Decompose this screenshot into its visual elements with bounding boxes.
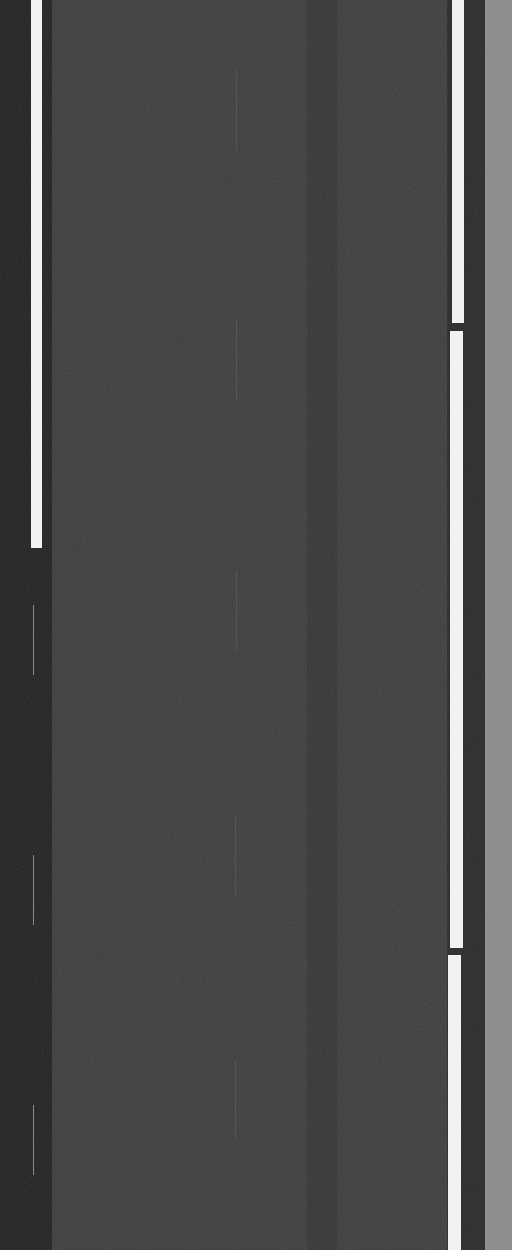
- crack-line: [235, 1060, 236, 1140]
- right-edge-line-1: [452, 0, 464, 323]
- crack-line: [236, 570, 237, 650]
- left-dash-1: [33, 605, 34, 675]
- left-dash-2: [33, 855, 34, 925]
- right-edge-line-2: [450, 331, 463, 948]
- right-edge-line-3: [448, 955, 461, 1250]
- left-dash-3: [33, 1105, 34, 1175]
- crack-line: [236, 70, 237, 150]
- crack-line: [235, 815, 236, 895]
- crack-line: [236, 320, 237, 400]
- left-edge-line: [31, 0, 42, 548]
- texture-noise: [0, 0, 512, 1250]
- aerial-road-scene: [0, 0, 512, 1250]
